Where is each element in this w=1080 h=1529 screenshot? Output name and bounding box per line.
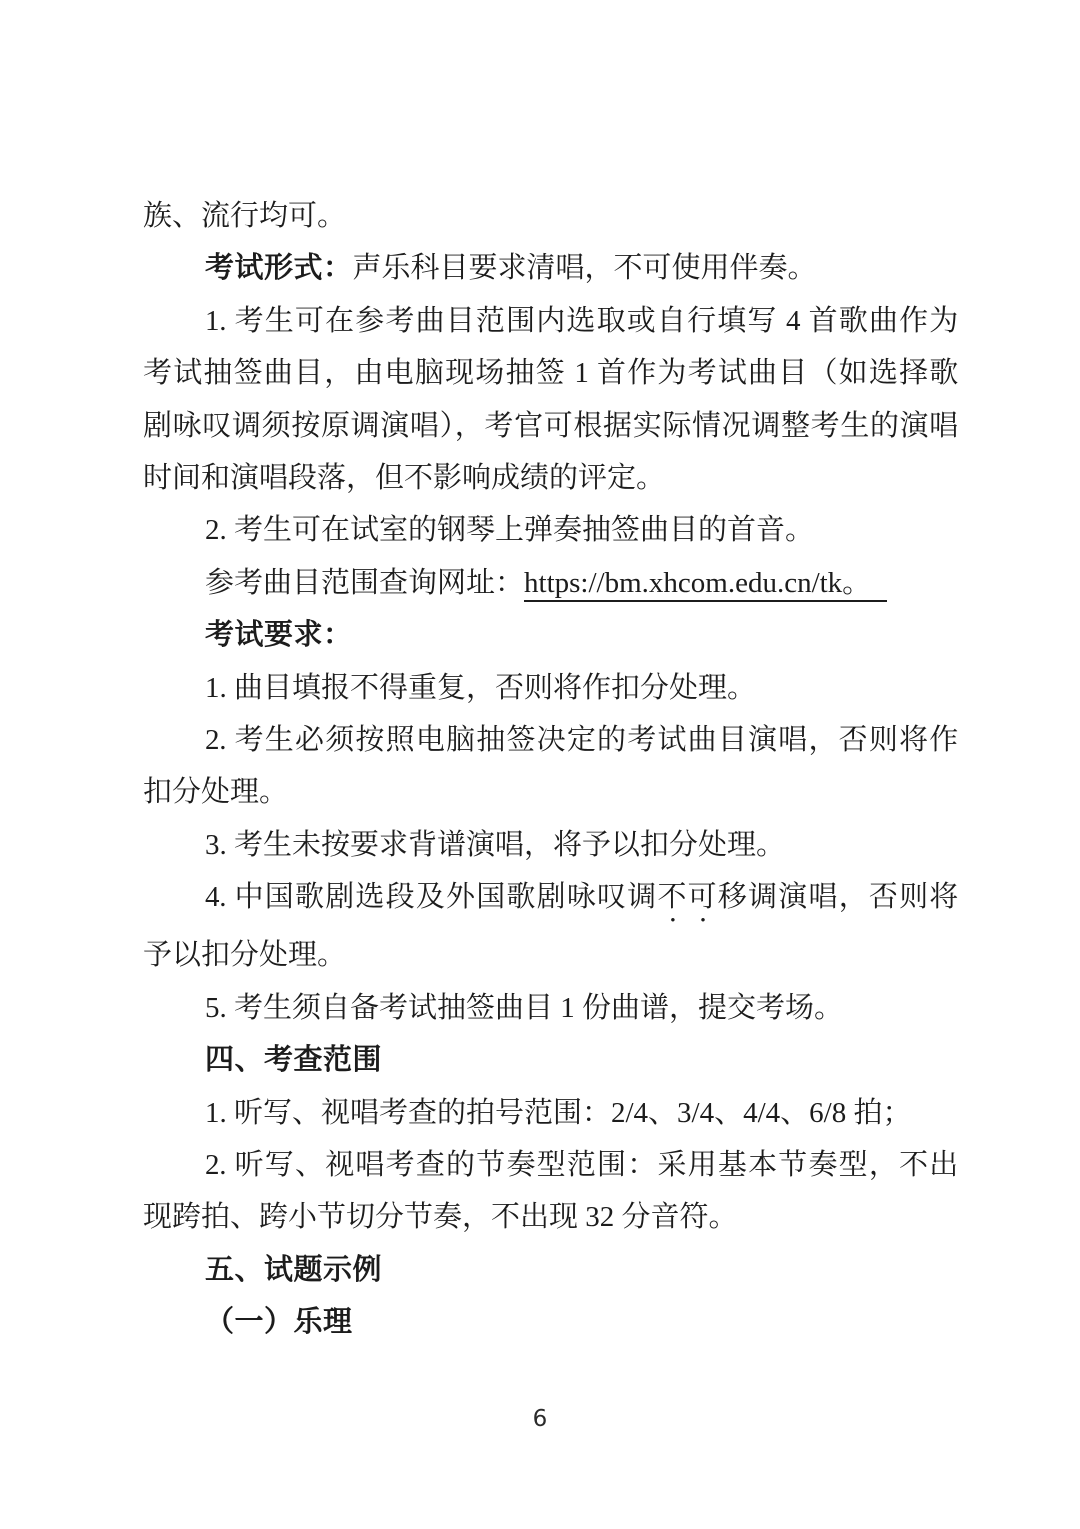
text-segment: 1. 曲目填报不得重复，否则将作扣分处理。 [205, 672, 756, 704]
text-line: 考试抽签曲目，由电脑现场抽签 1 首作为考试曲目（如选择歌 [143, 347, 958, 399]
text-line: 扣分处理。 [143, 766, 958, 818]
text-segment: 剧咏叹调须按原调演唱），考官可根据实际情况调整考生的演唱 [143, 410, 958, 442]
text-segment: 2. 考生可在试室的钢琴上弹奏抽签曲目的首音。 [205, 514, 814, 546]
section-5-label: 五、试题示例 [205, 1254, 382, 1286]
reference-url-link[interactable]: https://bm.xhcom.edu.cn/tk。 [524, 567, 887, 602]
section-4-heading: 四、考查范围 [143, 1034, 958, 1086]
text-segment: 声乐科目要求清唱，不可使用伴奏。 [353, 252, 817, 284]
text-segment: 时间和演唱段落，但不影响成绩的评定。 [143, 462, 665, 494]
text-segment: 1. 听写、视唱考查的拍号范围：2/4、3/4、4/4、6/8 拍； [205, 1097, 911, 1129]
text-line: 2. 听写、视唱考查的节奏型范围：采用基本节奏型，不出 [143, 1139, 958, 1191]
subsection-1-label: （一）乐理 [205, 1306, 353, 1338]
text-segment: 2. 考生必须按照电脑抽签决定的考试曲目演唱，否则将作 [205, 724, 958, 756]
section-5-heading: 五、试题示例 [143, 1244, 958, 1296]
text-segment: 3. 考生未按要求背谱演唱，将予以扣分处理。 [205, 829, 785, 861]
text-line: 1. 曲目填报不得重复，否则将作扣分处理。 [143, 662, 958, 714]
text-line: 时间和演唱段落，但不影响成绩的评定。 [143, 452, 958, 504]
text-segment: 移调演唱，否则将 [718, 881, 958, 913]
page-footer: 6 [0, 1406, 1080, 1432]
text-segment: 族、流行均可。 [143, 200, 346, 232]
text-line: 2. 考生必须按照电脑抽签决定的考试曲目演唱，否则将作 [143, 714, 958, 766]
text-segment: 现跨拍、跨小节切分节奏，不出现 32 分音符。 [143, 1201, 738, 1233]
text-line: 5. 考生须自备考试抽签曲目 1 份曲谱，提交考场。 [143, 982, 958, 1034]
emphasized-text: 不可 [657, 881, 717, 913]
text-segment: 参考曲目范围查询网址： [205, 567, 524, 599]
exam-requirements-heading: 考试要求： [143, 609, 958, 661]
text-line: 予以扣分处理。 [143, 929, 958, 981]
text-line: 现跨拍、跨小节切分节奏，不出现 32 分音符。 [143, 1191, 958, 1243]
text-line: 1. 考生可在参考曲目范围内选取或自行填写 4 首歌曲作为 [143, 295, 958, 347]
text-segment: 予以扣分处理。 [143, 939, 346, 971]
exam-format-heading: 考试形式： [205, 252, 353, 284]
text-line: 3. 考生未按要求背谱演唱，将予以扣分处理。 [143, 819, 958, 871]
document-content: 族、流行均可。考试形式：声乐科目要求清唱，不可使用伴奏。1. 考生可在参考曲目范… [143, 190, 958, 1349]
section-4-label: 四、考查范围 [205, 1044, 382, 1076]
text-line: 1. 听写、视唱考查的拍号范围：2/4、3/4、4/4、6/8 拍； [143, 1087, 958, 1139]
text-line: 族、流行均可。 [143, 190, 958, 242]
text-segment: 扣分处理。 [143, 776, 288, 808]
page-number: 6 [533, 1406, 548, 1432]
text-segment: 1. 考生可在参考曲目范围内选取或自行填写 4 首歌曲作为 [205, 305, 958, 337]
text-line: 剧咏叹调须按原调演唱），考官可根据实际情况调整考生的演唱 [143, 400, 958, 452]
exam-format-line: 考试形式：声乐科目要求清唱，不可使用伴奏。 [143, 242, 958, 294]
text-segment: 2. 听写、视唱考查的节奏型范围：采用基本节奏型，不出 [205, 1149, 958, 1181]
text-segment: 4. 中国歌剧选段及外国歌剧咏叹调 [205, 881, 657, 913]
text-segment: 考试抽签曲目，由电脑现场抽签 1 首作为考试曲目（如选择歌 [143, 357, 958, 389]
subsection-1-heading: （一）乐理 [143, 1296, 958, 1348]
text-line: 4. 中国歌剧选段及外国歌剧咏叹调不可移调演唱，否则将 [143, 871, 958, 929]
exam-requirements-label: 考试要求： [205, 619, 353, 651]
document-page: 族、流行均可。考试形式：声乐科目要求清唱，不可使用伴奏。1. 考生可在参考曲目范… [0, 0, 1080, 1529]
reference-url-line: 参考曲目范围查询网址：https://bm.xhcom.edu.cn/tk。 [143, 557, 958, 609]
text-segment: 5. 考生须自备考试抽签曲目 1 份曲谱，提交考场。 [205, 992, 843, 1024]
text-line: 2. 考生可在试室的钢琴上弹奏抽签曲目的首音。 [143, 504, 958, 556]
